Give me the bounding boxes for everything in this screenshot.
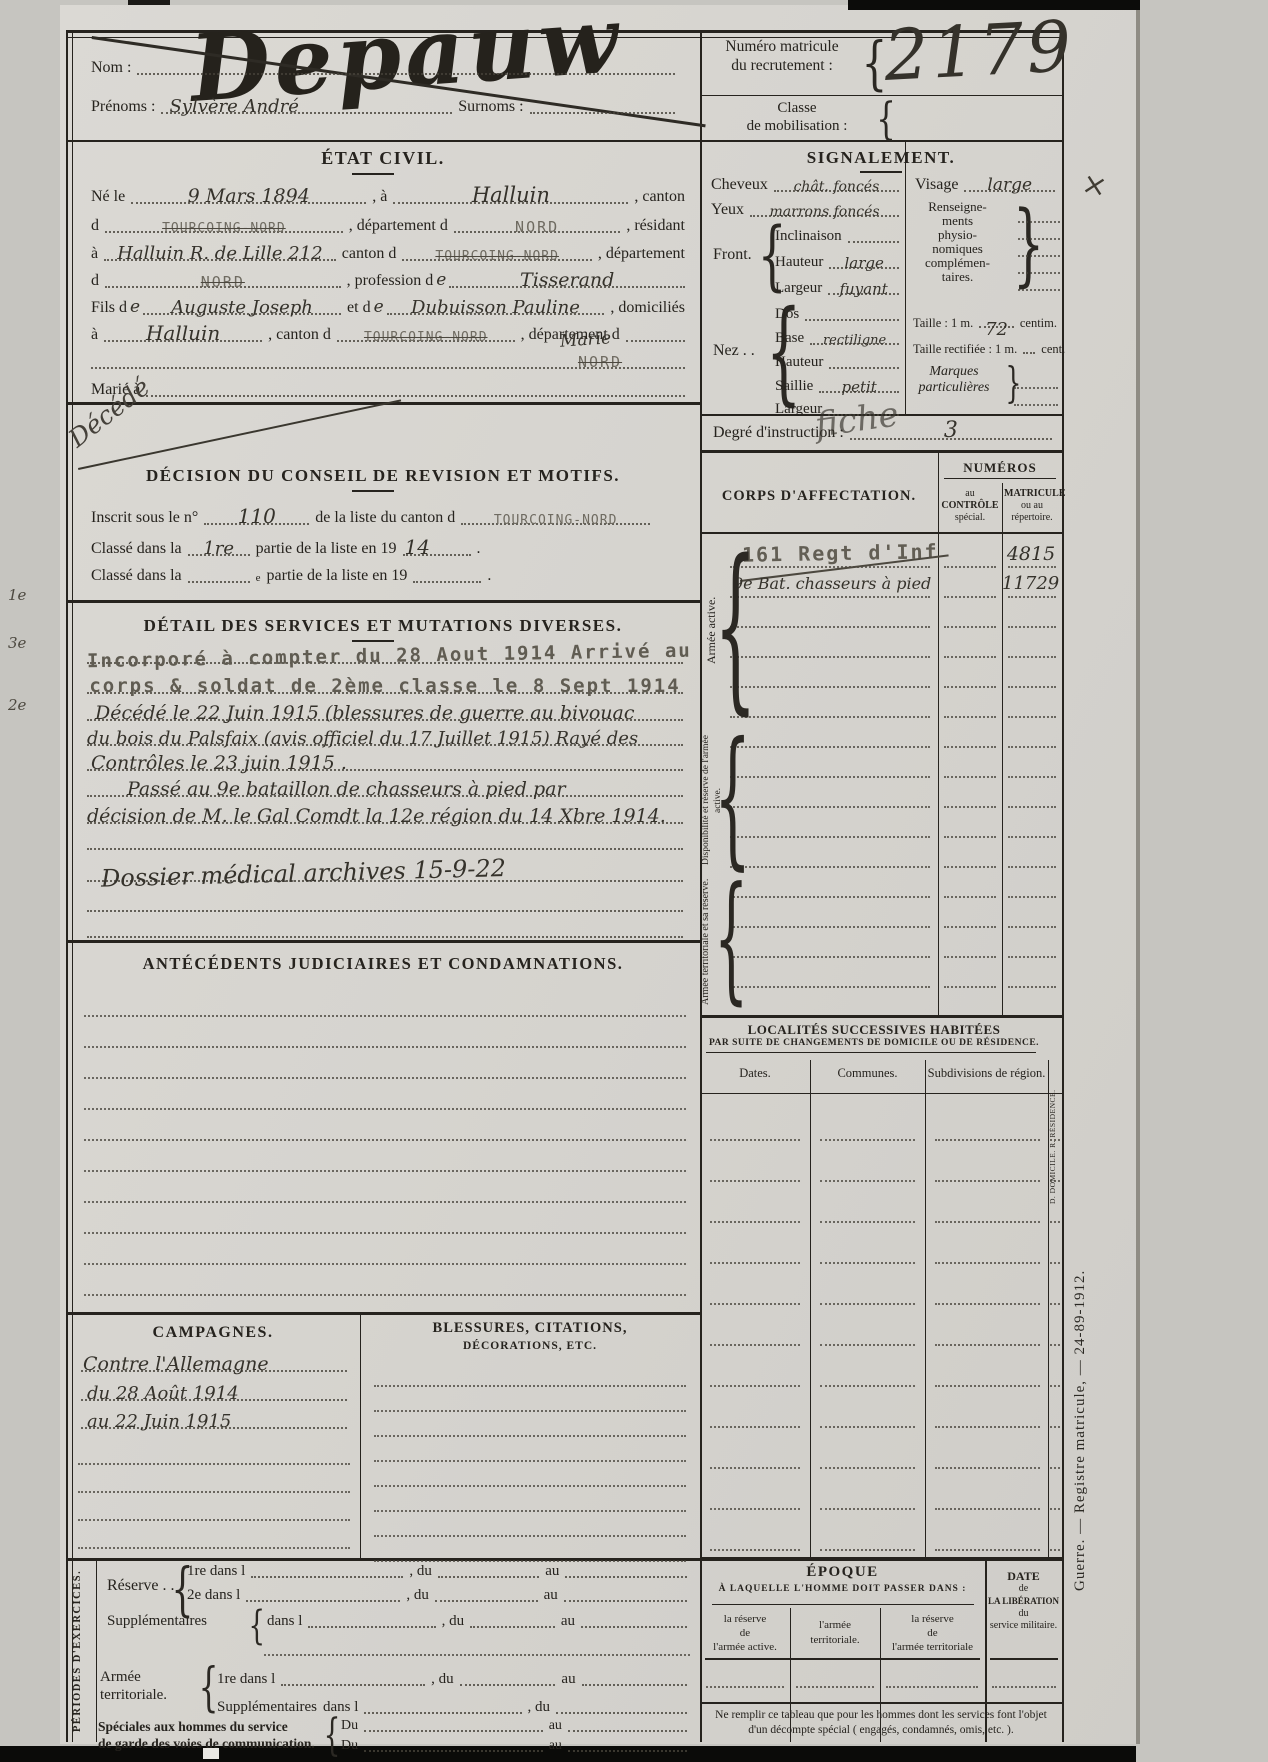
canton-d2-label: canton d xyxy=(339,246,400,263)
dotted-blank-line xyxy=(820,1221,915,1223)
classe1-year-field: 14 xyxy=(403,554,471,556)
campagnes-title: CAMPAGNES. xyxy=(66,1324,360,1342)
dotted-blank-line xyxy=(796,1686,874,1688)
front-largeur-field: fuyant xyxy=(828,293,899,295)
dotted-blank-line xyxy=(710,1221,800,1223)
classe2-dot: . xyxy=(484,568,494,585)
dom-commune-field: Halluin xyxy=(104,340,262,342)
residence-field: Halluin R. de Lille 212 xyxy=(104,259,336,261)
saillie-value: petit xyxy=(819,378,899,396)
speciales-label: Spéciales aux hommes du service de garde… xyxy=(98,1718,320,1752)
prenoms-value: Sylvère André xyxy=(169,96,452,117)
reserve-row-1: 1re dans l , du au xyxy=(184,1560,690,1580)
father-value: Auguste Joseph xyxy=(143,297,341,318)
numeros-title: NUMÉROS xyxy=(938,460,1062,476)
reserve-row-2: 2e dans l , du au xyxy=(184,1584,690,1604)
services-field-5: Contrôles le 23 juin 1915 . xyxy=(87,769,683,771)
dotted-blank-line xyxy=(1008,836,1056,838)
profession-value: Tisserand xyxy=(449,269,685,291)
group1-brace: { xyxy=(714,537,757,717)
dotted-blank-line xyxy=(710,1508,800,1510)
et-d-label: et d xyxy=(344,300,374,317)
canton3-stamp: TOURCOING-NORD xyxy=(337,330,515,345)
services-field-6: Passé au 9e bataillon de chasseurs à pie… xyxy=(87,795,683,797)
inclinaison-label: Inclinaison xyxy=(772,229,845,245)
epoque-col1-head: la réserve de l'armée active. xyxy=(700,1612,790,1654)
campagnes-blank-lines xyxy=(78,1437,350,1557)
dotted-blank-line xyxy=(820,1139,915,1141)
periodes-side-label: PÉRIODES D'EXERCICES. xyxy=(72,1565,92,1737)
domicilies-label: , domiciliés xyxy=(607,300,688,317)
dotted-blank-line xyxy=(730,896,930,898)
dotted-blank-line xyxy=(944,656,996,658)
dotted-blank-line xyxy=(1050,1262,1060,1264)
dotted-blank-line xyxy=(730,746,930,748)
dotted-blank-line xyxy=(944,986,996,988)
reserve-r2-au-field xyxy=(564,1600,687,1602)
matricule-head: MATRICULE ou au répertoire. xyxy=(1004,488,1060,524)
signalement-title: SIGNALEMENT. xyxy=(700,148,1062,168)
cheveux-line: Cheveux chât. foncés xyxy=(708,172,902,194)
cheveux-label: Cheveux xyxy=(708,177,771,194)
base-value: rectiligne xyxy=(810,333,899,348)
campagnes-field-3: au 22 Juin 1915 xyxy=(81,1427,347,1429)
speciales-field-2 xyxy=(364,1750,543,1752)
inscrit-label: Inscrit sous le n° xyxy=(88,510,201,527)
suppl-label-2: Supplémentaires xyxy=(214,1700,320,1716)
dotted-blank-line xyxy=(710,1262,800,1264)
dotted-blank-line xyxy=(1018,272,1060,274)
front-largeur-value: fuyant xyxy=(828,280,899,298)
antecedents-title: ANTÉCÉDENTS JUDICIAIRES ET CONDAMNATIONS… xyxy=(66,954,700,974)
localites-dr-rows xyxy=(1050,1100,1060,1560)
dotted-blank-line xyxy=(944,956,996,958)
dotted-blank-line xyxy=(730,956,930,958)
saillie-label: Saillie xyxy=(772,379,816,395)
dotted-blank-line xyxy=(944,566,996,568)
epoque-row-c1 xyxy=(706,1668,784,1698)
services-line-11 xyxy=(84,916,686,940)
dotted-blank-line xyxy=(935,1344,1040,1346)
profession-field: Tisserand xyxy=(449,286,685,288)
dotted-blank-line xyxy=(820,1549,915,1551)
classe1-line: Classé dans la 1re partie de la liste en… xyxy=(88,536,558,558)
a-label: , à xyxy=(369,189,390,206)
canton-dept-line: d TOURCOING-NORD , département d NORD , … xyxy=(88,213,688,235)
dotted-blank-line xyxy=(84,1201,686,1203)
dotted-blank-line xyxy=(935,1467,1040,1469)
dotted-blank-line xyxy=(1050,1344,1060,1346)
passe-hw-2: décision de M. le Gal Comdt la 12e régio… xyxy=(87,805,683,827)
services-field-4: du bois du Palsfaix (avis officiel du 17… xyxy=(87,744,683,746)
suppl-du-field xyxy=(470,1626,555,1628)
services-field-2: corps & soldat de 2ème classe le 8 Sept … xyxy=(87,692,683,694)
corps-title: CORPS D'AFFECTATION. xyxy=(700,488,938,505)
campagnes-hw-3: au 22 Juin 1915 xyxy=(87,1411,347,1432)
nez-base-line: Base rectiligne xyxy=(772,325,902,347)
reserve-r2-field xyxy=(246,1600,400,1602)
speciales-du-1: Du xyxy=(338,1719,361,1734)
services-bottom-rule xyxy=(66,940,700,943)
dotted-blank-line xyxy=(1008,626,1056,628)
services-field-1: Incorporé à compter du 28 Aout 1914 Arri… xyxy=(87,662,683,664)
campagnes-line-3: au 22 Juin 1915 xyxy=(78,1407,350,1431)
speciales-row-1: Du au xyxy=(338,1716,690,1734)
services-field-11 xyxy=(87,936,683,938)
dotted-blank-line xyxy=(944,866,996,868)
campagnes-line-2: du 28 Août 1914 xyxy=(78,1379,350,1403)
dotted-blank-line xyxy=(710,1139,800,1141)
departement-label: , département d xyxy=(346,218,451,235)
speciales-au-2: au xyxy=(546,1739,565,1754)
dom-commune-value: Halluin xyxy=(104,321,262,345)
group2-brace: { xyxy=(714,722,751,872)
campagnes-line-1: Contre l'Allemagne xyxy=(78,1350,350,1374)
dotted-blank-line xyxy=(1008,926,1056,928)
deces-hw-1: Décédé le 22 Juin 1915 (blessures de gue… xyxy=(95,702,683,724)
dotted-blank-line xyxy=(820,1508,915,1510)
base-label: Base xyxy=(772,331,807,347)
ne-le-label: Né le xyxy=(88,189,128,206)
nom-field xyxy=(137,73,675,75)
header-bottom-rule xyxy=(66,140,1064,142)
e2-hw: e xyxy=(130,297,140,317)
campagnes-field-1: Contre l'Allemagne xyxy=(81,1370,347,1372)
dotted-blank-line xyxy=(1008,746,1056,748)
epoque-subtitle: À LAQUELLE L'HOMME DOIT PASSER DANS : xyxy=(700,1584,985,1594)
dotted-blank-line xyxy=(374,1510,686,1512)
dotted-blank-line xyxy=(944,926,996,928)
terr-r1-du: , du xyxy=(428,1672,457,1688)
inclinaison-field xyxy=(848,241,899,243)
prenoms-label: Prénoms : xyxy=(88,99,158,116)
departement2-label: , département xyxy=(595,246,688,263)
classe2-b-label: partie de la liste en 19 xyxy=(264,568,411,585)
classe2-line: Classé dans la e partie de la liste en 1… xyxy=(88,563,558,585)
inscrit-num-field: 110 xyxy=(204,523,309,525)
canton2-field: TOURCOING-NORD xyxy=(402,259,592,261)
nom-line: Nom : xyxy=(88,55,678,77)
campagnes-field-2: du 28 Août 1914 xyxy=(81,1399,347,1401)
services-field-8 xyxy=(87,848,683,850)
speciales-du-2: Du xyxy=(338,1739,361,1754)
territoriale-row-1: 1re dans l , du au xyxy=(214,1668,690,1688)
localites-header-underline xyxy=(700,1093,1062,1094)
dotted-blank-line xyxy=(1008,986,1056,988)
dotted-blank-line xyxy=(1014,404,1058,406)
taille-rect-unit: cent. xyxy=(1038,343,1068,356)
epoque-date-head: DATE de LA LIBÉRATION du service militai… xyxy=(985,1570,1062,1633)
dotted-blank-line xyxy=(935,1262,1040,1264)
front-inclinaison-line: Inclinaison xyxy=(772,223,902,245)
signalement-mid-divider xyxy=(905,142,906,414)
dotted-blank-line xyxy=(730,776,930,778)
localites-col-subdivisions: Subdivisions de région. xyxy=(925,1066,1048,1081)
dotted-blank-line xyxy=(1008,776,1056,778)
epoque-row-c2 xyxy=(796,1668,874,1698)
classe1-dot: . xyxy=(474,541,484,558)
classe2-a-label: Classé dans la xyxy=(88,568,185,585)
dotted-blank-line xyxy=(84,1108,686,1110)
periodes-label-divider xyxy=(96,1558,97,1742)
dotted-blank-line xyxy=(1008,896,1056,898)
reserve-r2-du-field xyxy=(435,1600,538,1602)
dotted-blank-line xyxy=(886,1686,978,1688)
saillie-field: petit xyxy=(819,391,899,393)
marie-field xyxy=(146,395,685,397)
front-hauteur-field: large xyxy=(829,267,899,269)
marques-label: Marques particulières xyxy=(908,364,1000,396)
controle-head: au CONTRÔLE spécial. xyxy=(940,488,1000,524)
dept1-field: NORD xyxy=(454,231,620,233)
dotted-blank-line xyxy=(935,1180,1040,1182)
taille-unit: centim. xyxy=(1017,317,1060,330)
classe2-sup: e xyxy=(253,573,264,585)
localites-communes-rows xyxy=(820,1100,915,1560)
dotted-blank-line xyxy=(935,1426,1040,1428)
dotted-blank-line xyxy=(374,1410,686,1412)
dotted-blank-line xyxy=(78,1547,350,1549)
epoque-col2-head: l'armée territoriale. xyxy=(790,1618,880,1648)
services-line-10 xyxy=(84,890,686,914)
dotted-blank-line xyxy=(710,1303,800,1305)
localites-col-dates: Dates. xyxy=(700,1066,810,1081)
canton-label: , canton xyxy=(631,189,688,206)
dotted-blank-line xyxy=(1008,686,1056,688)
dotted-blank-line xyxy=(84,1170,686,1172)
services-line-8 xyxy=(84,828,686,852)
mother-overflow-value: Marie xyxy=(559,328,611,352)
localites-dates-rows xyxy=(710,1100,800,1560)
taille-rect-field xyxy=(1023,352,1035,354)
liste-label: de la liste du canton d xyxy=(312,510,458,527)
classe1-part-field: 1re xyxy=(188,554,250,556)
degre-field: 3 xyxy=(850,438,1052,440)
epoque-overbrace xyxy=(712,1604,974,1605)
passe-hw-1: Passé au 9e bataillon de chasseurs à pie… xyxy=(127,778,683,800)
classe1-a-label: Classé dans la xyxy=(88,541,185,558)
taille-label: Taille : 1 m. xyxy=(910,317,976,330)
decision-title-rule xyxy=(352,490,394,492)
dotted-blank-line xyxy=(84,1046,686,1048)
dotted-blank-line xyxy=(820,1426,915,1428)
dotted-blank-line xyxy=(374,1385,686,1387)
corps-soldat-stamp: corps & soldat de 2ème classe le 8 Sept … xyxy=(87,675,683,697)
services-line-7: décision de M. le Gal Comdt la 12e régio… xyxy=(84,802,686,826)
speciales-au-field-1 xyxy=(568,1730,687,1732)
dept3-line: NORD xyxy=(88,349,688,371)
canton-d3-label: , canton d xyxy=(265,327,334,344)
classe-brace: { xyxy=(876,98,896,142)
residant-label: , résidant xyxy=(623,218,688,235)
d-label: d xyxy=(88,218,102,235)
residence-value: Halluin R. de Lille 212 xyxy=(104,243,336,264)
corps-numeros-divider xyxy=(938,452,939,1015)
corps-row1-value: 161 Regt d'Inf xyxy=(742,539,939,566)
reserve-r1-du: , du xyxy=(406,1564,435,1580)
reserve-r2-du: , du xyxy=(403,1588,432,1604)
services-line-6: Passé au 9e bataillon de chasseurs à pie… xyxy=(84,775,686,799)
scanned-military-register-page: { "page": { "side_note_vertical": "Guerr… xyxy=(0,0,1268,1762)
dotted-blank-line xyxy=(84,1232,686,1234)
dotted-blank-line xyxy=(710,1426,800,1428)
terr-suppl-du-field xyxy=(556,1712,687,1714)
services-line-4: du bois du Palsfaix (avis officiel du 17… xyxy=(84,724,686,748)
renseignements-blank-lines xyxy=(1018,206,1060,296)
dept3-field: NORD xyxy=(91,367,685,369)
blessures-blank-lines xyxy=(374,1362,686,1552)
dos-field xyxy=(805,319,899,321)
base-field: rectiligne xyxy=(810,343,899,345)
dotted-blank-line xyxy=(1008,956,1056,958)
canton1-field: TOURCOING-NORD xyxy=(105,231,343,233)
dotted-blank-line xyxy=(820,1467,915,1469)
corps-row1-matricule: 4815 xyxy=(1004,543,1058,565)
taille-field: 72 xyxy=(979,326,1014,328)
epoque-head-underline-2 xyxy=(990,1658,1058,1660)
dept2-field: NORD xyxy=(105,286,341,288)
dotted-blank-line xyxy=(710,1467,800,1469)
e1-hw: e xyxy=(436,270,446,290)
dotted-blank-line xyxy=(1050,1303,1060,1305)
dotted-blank-line xyxy=(730,806,930,808)
dotted-blank-line xyxy=(1008,716,1056,718)
classe-mobilisation-label: Classe de mobilisation : xyxy=(724,99,870,135)
localites-col-divider-1 xyxy=(810,1060,811,1557)
corps-row2-matricule: 11729 xyxy=(1002,573,1058,594)
d2-label: d xyxy=(88,273,102,290)
dotted-blank-line xyxy=(820,1385,915,1387)
terr-suppl-du: , du xyxy=(525,1700,554,1716)
dotted-blank-line xyxy=(944,896,996,898)
dotted-blank-line xyxy=(935,1508,1040,1510)
localites-col-communes: Communes. xyxy=(810,1066,925,1081)
dotted-blank-line xyxy=(820,1180,915,1182)
controle-matricule-divider xyxy=(1002,483,1003,1015)
dotted-blank-line xyxy=(944,626,996,628)
dotted-blank-line xyxy=(730,656,930,658)
services-title: DÉTAIL DES SERVICES ET MUTATIONS DIVERSE… xyxy=(66,616,700,636)
dotted-blank-line xyxy=(944,596,996,598)
classe1-part-value: 1re xyxy=(188,538,250,559)
epoque-row-c3 xyxy=(886,1668,978,1698)
reserve-r1-au-field xyxy=(565,1576,687,1578)
armee-territoriale-label: Armée territoriale. xyxy=(100,1668,192,1704)
dotted-blank-line xyxy=(935,1139,1040,1141)
dotted-blank-line xyxy=(992,1686,1056,1688)
dotted-blank-line xyxy=(1008,866,1056,868)
dotted-blank-line xyxy=(1018,238,1060,240)
dotted-blank-line xyxy=(84,1139,686,1141)
terr-r1-au: au xyxy=(558,1672,578,1688)
services-line-1: Incorporé à compter du 28 Aout 1914 Arri… xyxy=(84,642,686,666)
form-right-border xyxy=(1062,30,1064,1742)
page-edge-shadow xyxy=(1136,5,1140,1744)
dotted-blank-line xyxy=(944,806,996,808)
birth-date-value: 9 Mars 1894 xyxy=(131,185,366,207)
dotted-blank-line xyxy=(374,1535,686,1537)
dotted-blank-line xyxy=(730,626,930,628)
services-line-2: corps & soldat de 2ème classe le 8 Sept … xyxy=(84,672,686,696)
nom-label: Nom : xyxy=(88,60,134,77)
dotted-blank-line xyxy=(84,1077,686,1079)
antecedents-bottom-rule xyxy=(66,1312,700,1315)
yeux-label: Yeux xyxy=(708,202,747,219)
dotted-blank-line xyxy=(730,596,930,598)
marques-blank-lines xyxy=(1014,372,1058,412)
dotted-blank-line xyxy=(706,1686,784,1688)
reserve-r1-au: au xyxy=(542,1564,562,1580)
dotted-blank-line xyxy=(730,716,930,718)
suppl-label-1: Supplémentaires xyxy=(104,1614,210,1630)
visage-line: Visage large xyxy=(912,172,1058,194)
localites-overbrace xyxy=(706,1052,1036,1053)
epoque-bottom-rule xyxy=(700,1702,1062,1704)
dotted-blank-line xyxy=(1050,1385,1060,1387)
speciales-field-1 xyxy=(364,1730,543,1732)
surnoms-label: Surnoms : xyxy=(455,99,526,116)
dotted-blank-line xyxy=(944,716,996,718)
dotted-blank-line xyxy=(1050,1180,1060,1182)
dotted-blank-line xyxy=(820,1262,915,1264)
dept3-field-head xyxy=(626,340,685,342)
nez-label: Nez . . xyxy=(710,343,758,360)
dotted-blank-line xyxy=(710,1385,800,1387)
dotted-blank-line xyxy=(710,1180,800,1182)
dotted-blank-line xyxy=(935,1221,1040,1223)
nez-hauteur-line: Hauteur xyxy=(772,349,902,371)
dept1-stamp: NORD xyxy=(454,218,620,236)
decision-title: DÉCISION DU CONSEIL DE REVISION ET MOTIF… xyxy=(66,466,700,486)
matricule-label: Numéro matricule du recrutement : xyxy=(706,38,858,75)
nez-saillie-line: Saillie petit xyxy=(772,373,902,395)
blessures-title: BLESSURES, CITATIONS, DÉCORATIONS, ETC. xyxy=(360,1320,700,1354)
dotted-blank-line xyxy=(1008,596,1056,598)
suppl-field-1 xyxy=(308,1626,435,1628)
margin-mark-1: 1e xyxy=(8,586,26,604)
deces-hw-3: Contrôles le 23 juin 1915 . xyxy=(91,752,683,774)
decision-bottom-rule xyxy=(66,600,700,603)
dotted-blank-line xyxy=(944,776,996,778)
dotted-blank-line xyxy=(1018,255,1060,257)
dotted-blank-line xyxy=(820,1344,915,1346)
localites-subdiv-rows xyxy=(935,1100,1040,1560)
e3-hw: e xyxy=(374,297,384,317)
etat-civil-title-rule xyxy=(352,173,394,175)
birth-place-value: Halluin xyxy=(393,183,628,207)
suppl-au-field xyxy=(581,1626,687,1628)
classe1-year-value: 14 xyxy=(405,535,471,559)
classe1-b-label: partie de la liste en 19 xyxy=(253,541,400,558)
dotted-blank-line xyxy=(1050,1139,1060,1141)
inscrit-num-value: 110 xyxy=(204,504,309,528)
dotted-blank-line xyxy=(1018,289,1060,291)
services-line-5: Contrôles le 23 juin 1915 . xyxy=(84,749,686,773)
parents-line: Fils d e Auguste Joseph et d e Dubuisson… xyxy=(88,295,688,317)
matricule-rows xyxy=(1008,538,1056,988)
nez-hauteur-field xyxy=(829,367,899,369)
dotted-blank-line xyxy=(935,1549,1040,1551)
reserve-r2-au: au xyxy=(541,1588,561,1604)
localites-title: LOCALITÉS SUCCESSIVES HABITÉES xyxy=(700,1022,1048,1038)
residence-line: à Halluin R. de Lille 212 canton d TOURC… xyxy=(88,241,688,263)
dotted-blank-line xyxy=(710,1344,800,1346)
dept2-stamp: NORD xyxy=(105,273,341,291)
campagnes-hw-2: du 28 Août 1914 xyxy=(87,1383,347,1404)
canton2-stamp: TOURCOING-NORD xyxy=(402,249,592,264)
a2-label: à xyxy=(88,246,101,263)
localites-subtitle: PAR SUITE DE CHANGEMENTS DE DOMICILE OU … xyxy=(700,1038,1048,1048)
